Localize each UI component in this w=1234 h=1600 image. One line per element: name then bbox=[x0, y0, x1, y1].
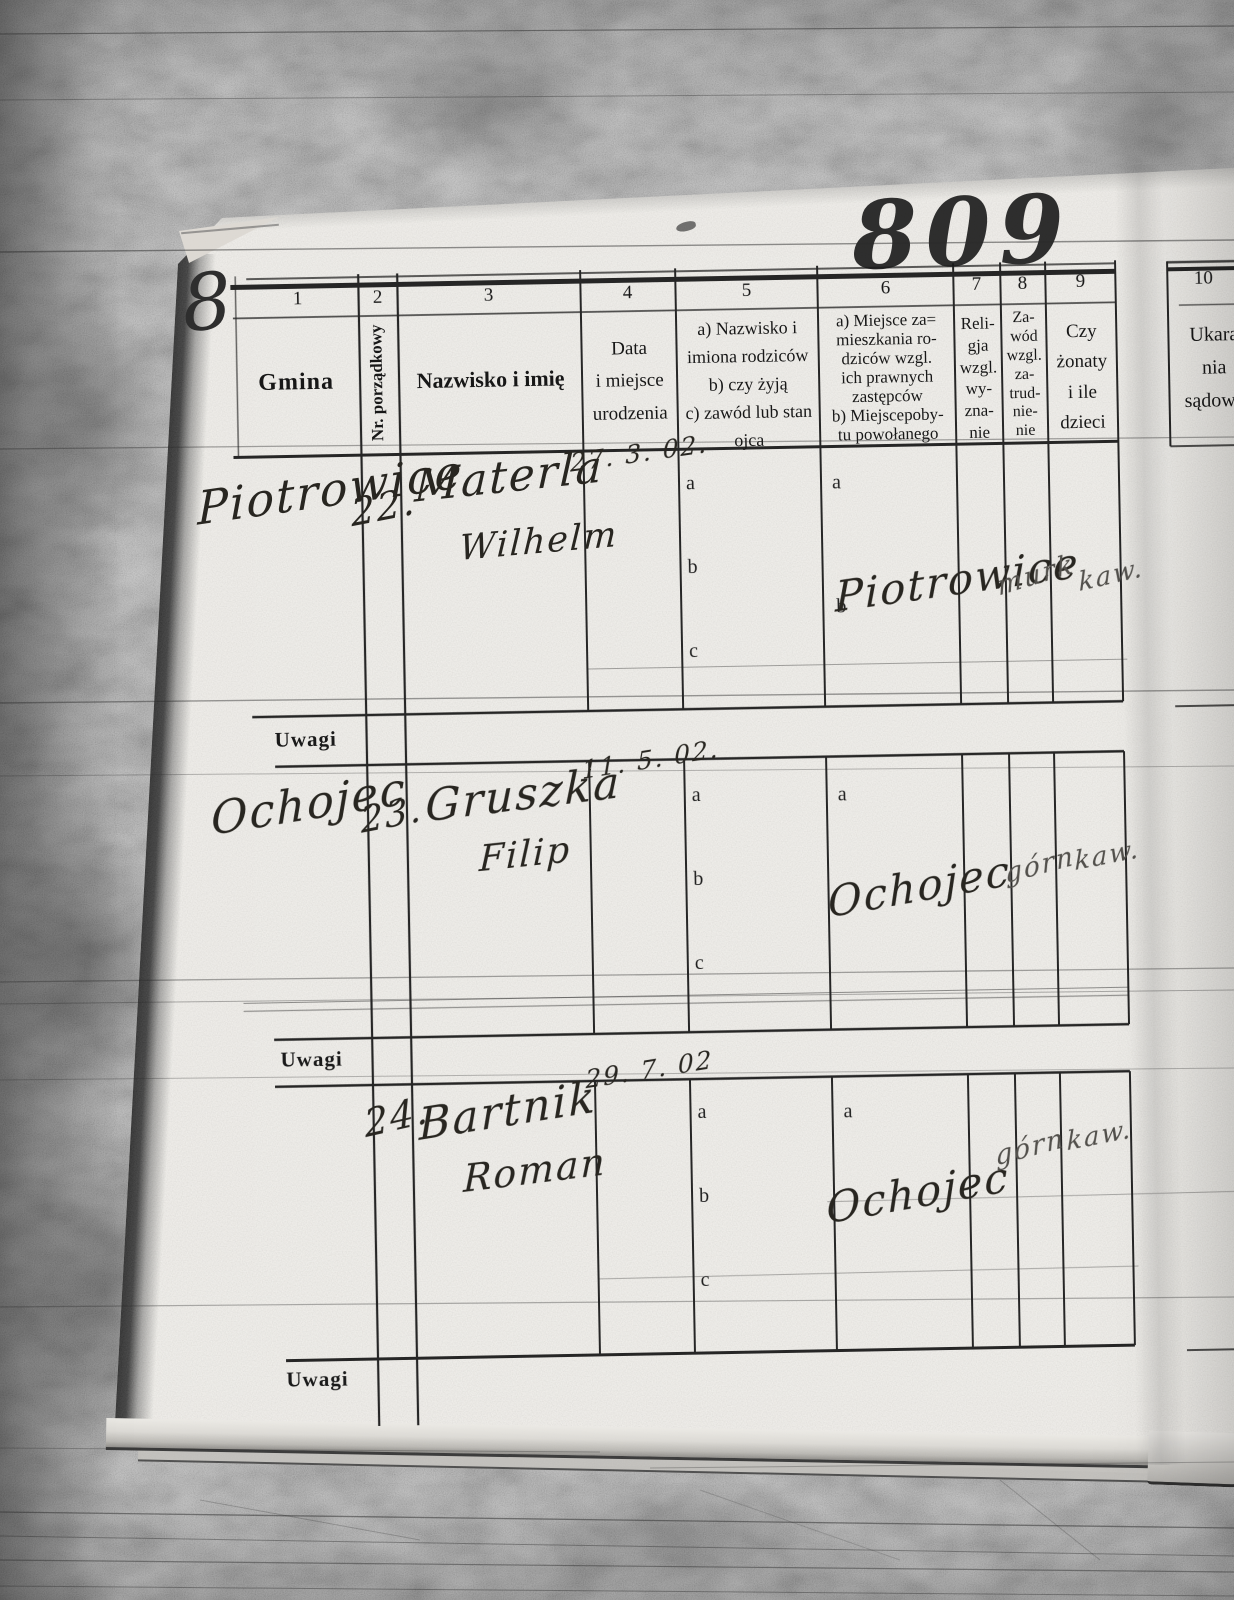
column-number-2: 2 bbox=[337, 286, 417, 309]
header-line: tu powołanego bbox=[820, 423, 956, 445]
header-line: dziców wzgl. bbox=[819, 347, 955, 369]
header-line: zna- bbox=[956, 399, 1003, 422]
left-margin-shadow bbox=[0, 0, 120, 1600]
header-line: żonaty bbox=[1047, 347, 1118, 379]
column-number-3: 3 bbox=[448, 284, 528, 307]
column-number-10: 10 bbox=[1163, 267, 1234, 290]
sublabel-a: a bbox=[692, 784, 701, 807]
scanned-registry-page: 809 8 bbox=[0, 0, 1234, 1600]
registry-table: 1 2 3 4 5 6 7 8 9 10 Gmina Nr. porządkow… bbox=[230, 258, 1234, 1476]
header-data-urodzenia: Data i miejsce urodzenia bbox=[581, 332, 678, 431]
header-line: ich prawnych bbox=[819, 366, 955, 388]
header-ukarania-sadowe: Ukara nia sądow bbox=[1183, 317, 1234, 418]
header-miejsce-zamieszkania: a) Miejsce za= mieszkania ro- dziców wzg… bbox=[818, 309, 956, 445]
handwritten-folio-number: 809 bbox=[850, 174, 1074, 292]
sublabel-b: b bbox=[687, 556, 697, 579]
header-line: wód bbox=[1001, 327, 1046, 347]
header-line: Za- bbox=[1001, 309, 1046, 329]
header-line: i miejsce bbox=[582, 365, 678, 399]
header-line: Data bbox=[581, 332, 677, 366]
sublabel-a: a bbox=[832, 471, 841, 494]
header-line: urodzenia bbox=[582, 397, 678, 431]
record-given-name-handwritten: Filip bbox=[478, 832, 571, 878]
sublabel-a: a bbox=[843, 1100, 852, 1123]
column-number-4: 4 bbox=[587, 281, 667, 304]
header-line: c) zawód lub stan bbox=[678, 397, 820, 427]
handwritten-margin-number: 8 bbox=[178, 256, 235, 350]
header-czy-zonaty: Czy żonaty i ile dzieci bbox=[1046, 316, 1118, 439]
header-line: sądow bbox=[1184, 383, 1234, 418]
header-line: nie- bbox=[1003, 403, 1048, 423]
header-line: i ile bbox=[1047, 377, 1118, 409]
sublabel-c: c bbox=[700, 1269, 709, 1292]
header-line: nia bbox=[1184, 350, 1234, 385]
uwagi-label: Uwagi bbox=[286, 1367, 349, 1393]
column-number-5: 5 bbox=[706, 279, 786, 302]
sublabel-b: b bbox=[699, 1185, 709, 1208]
header-line: zastępców bbox=[819, 385, 955, 407]
header-line: wzgl. bbox=[955, 356, 1002, 379]
sublabel-a: a bbox=[686, 472, 695, 495]
header-line: wzgl. bbox=[1002, 346, 1047, 366]
column-number-1: 1 bbox=[257, 288, 337, 311]
sublabel-a: a bbox=[838, 783, 847, 806]
sublabel-b: b bbox=[693, 868, 703, 891]
header-line: mieszkania ro- bbox=[818, 328, 954, 350]
header-religja: Reli- gja wzgl. wy- zna- nie bbox=[954, 312, 1003, 443]
header-line: a) Miejsce za= bbox=[818, 309, 954, 331]
header-line: Reli- bbox=[954, 312, 1001, 335]
header-line: nie bbox=[1003, 422, 1048, 442]
header-line: wy- bbox=[955, 378, 1002, 401]
sublabel-a: a bbox=[697, 1101, 706, 1124]
header-nazwisko-imie: Nazwisko i imię bbox=[399, 367, 582, 392]
header-nr-porzadkowy: Nr. porządkowy bbox=[367, 308, 392, 458]
header-line: gja bbox=[954, 334, 1001, 357]
header-line: Czy bbox=[1046, 316, 1117, 348]
header-line: dzieci bbox=[1048, 407, 1119, 439]
header-gmina: Gmina bbox=[232, 369, 360, 395]
header-line: b) czy żyją bbox=[677, 370, 819, 400]
uwagi-label: Uwagi bbox=[274, 727, 337, 753]
header-line: imiona rodziców bbox=[676, 342, 818, 372]
header-line: b) Miejscepoby- bbox=[820, 404, 956, 426]
header-line: trud- bbox=[1002, 384, 1047, 404]
header-line: a) Nazwisko i bbox=[676, 314, 818, 344]
header-line: za- bbox=[1002, 365, 1047, 385]
uwagi-label: Uwagi bbox=[280, 1047, 343, 1073]
header-line: nie bbox=[956, 421, 1003, 444]
header-zawod: Za- wód wzgl. za- trud- nie- nie bbox=[1001, 309, 1048, 442]
sublabel-c: c bbox=[695, 952, 704, 975]
header-line: Ukara bbox=[1183, 317, 1234, 352]
sublabel-c: c bbox=[689, 640, 698, 663]
